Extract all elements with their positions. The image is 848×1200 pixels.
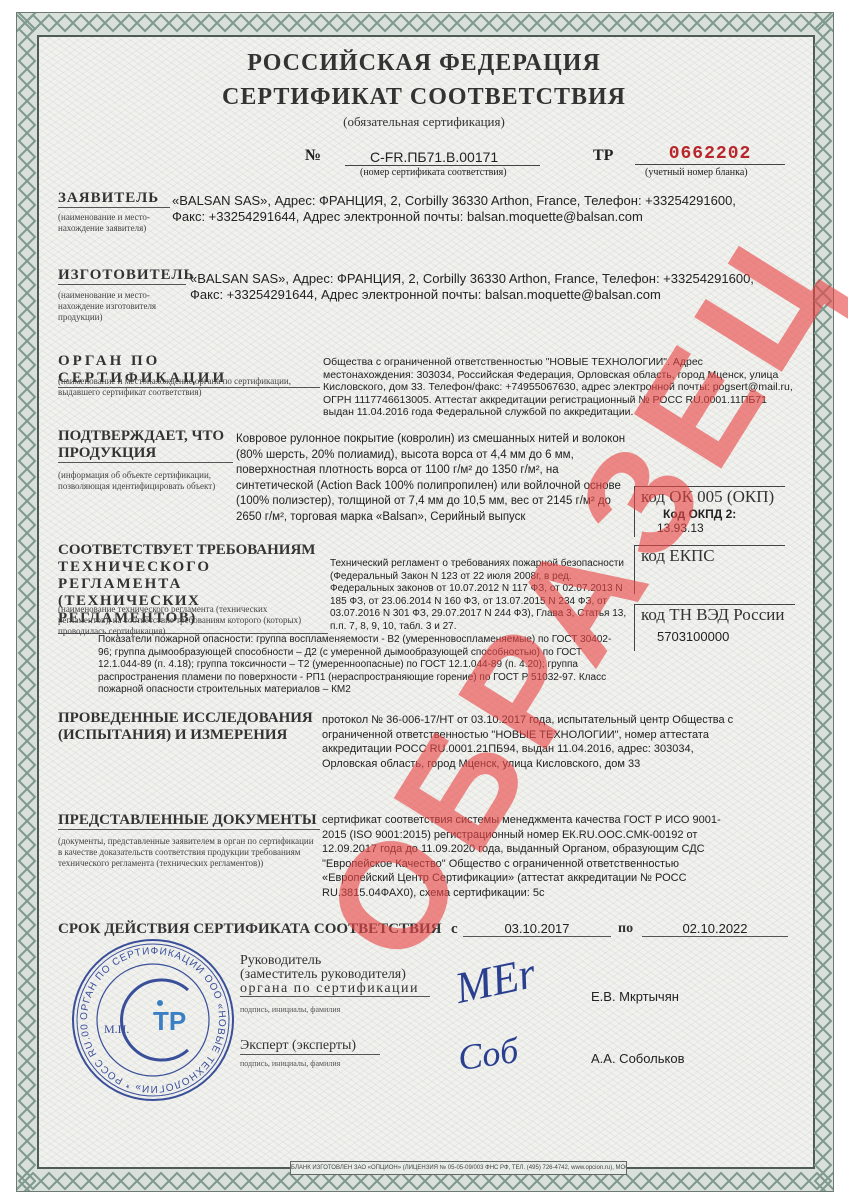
product-line: синтетической (Action Back 100% полипроп…	[236, 479, 636, 495]
regulations-details: Технический регламент о требованиях пожа…	[330, 558, 635, 633]
tests-line: ограниченной ответственностью "НОВЫЕ ТЕХ…	[322, 728, 792, 743]
fire-line: Показатели пожарной опасности: группа во…	[58, 634, 638, 647]
tests-line: протокол № 36-006-17/НТ от 03.10.2017 го…	[322, 713, 792, 728]
certification-body-line: местонахождения: 303034, Российская Феде…	[323, 369, 793, 382]
product-heading-line: ПОДТВЕРЖДАЕТ, ЧТО	[58, 428, 233, 445]
country-title: РОССИЙСКАЯ ФЕДЕРАЦИЯ	[0, 50, 848, 77]
validity-to-label: по	[618, 921, 633, 937]
svg-text:TP: TP	[153, 1006, 186, 1036]
document-title: СЕРТИФИКАТ СООТВЕТСТВИЯ	[0, 84, 848, 111]
certificate-number: C-FR.ПБ71.В.00171	[345, 149, 540, 166]
validity-from-date: 03.10.2017	[463, 921, 611, 937]
regulations-heading-line: СООТВЕТСТВУЕТ ТРЕБОВАНИЯМ	[58, 542, 328, 559]
okp-code-title: код ОК 005 (ОКП)	[635, 487, 785, 507]
head-title: Руководитель (заместитель руководителя) …	[240, 954, 430, 997]
documents-note: (документы, представленные заявителем в …	[58, 836, 316, 869]
tests-heading-line: (ИСПЫТАНИЯ) И ИЗМЕРЕНИЯ	[58, 727, 318, 744]
documents-line: 2015 (ISO 9001:2015) регистрационный ном…	[322, 828, 792, 843]
certification-body-line: выдан 11.04.2016 года Федеральной службо…	[323, 406, 793, 419]
ekps-code-title: код ЕКПС	[635, 546, 785, 566]
certification-body-line: Общества с ограниченной ответственностью…	[323, 356, 793, 369]
okpd2-value: 13.93.13	[635, 521, 785, 535]
regulations-heading-line: ТЕХНИЧЕСКОГО РЕГЛАМЕНТА	[58, 559, 328, 593]
tnved-code-title: код ТН ВЭД России	[635, 605, 795, 625]
regulation-line: п.п. 7, 8, 9, 10, табл. 3 и 27.	[330, 621, 635, 634]
documents-line: 12.09.2017 года до 11.09.2020 года, выда…	[322, 842, 792, 857]
border-pattern-right	[813, 13, 833, 1191]
printer-imprint: БЛАНК ИЗГОТОВЛЕН ЗАО «ОПЦИОН» (ЛИЦЕНЗИЯ …	[290, 1161, 627, 1175]
border-pattern-left	[17, 13, 37, 1191]
stamp-seal-icon: ОРГАН ПО СЕРТИФИКАЦИИ ООО «НОВЫЕ ТЕХНОЛО…	[68, 935, 238, 1105]
head-title-line: Руководитель	[240, 954, 430, 968]
certificate-number-caption: (номер сертификата соответствия)	[360, 167, 507, 178]
expert-label: Эксперт (эксперты)	[240, 1038, 380, 1055]
tp-label: ТР	[593, 147, 613, 165]
product-line: (80% шерсть, 20% полиамид), высота ворса…	[236, 448, 636, 464]
head-caption: подпись, инициалы, фамилия	[240, 1005, 340, 1014]
tests-line: аккредитации РОСС RU.0001.21ПБ94, выдан …	[322, 742, 792, 757]
tests-details: протокол № 36-006-17/НТ от 03.10.2017 го…	[322, 713, 792, 771]
head-title-line: (заместитель руководителя)	[240, 968, 430, 982]
manufacturer-line: Факс: +33254291644, Адрес электронной по…	[190, 287, 800, 303]
product-heading-line: ПРОДУКЦИЯ	[58, 445, 233, 463]
expert-caption: подпись, инициалы, фамилия	[240, 1059, 340, 1068]
applicant-note: (наименование и место-нахождение заявите…	[58, 212, 170, 234]
documents-line: «Европейский Центр Сертификации» (аттест…	[322, 871, 792, 886]
regulations-note: (наименование технического регламента (т…	[58, 604, 318, 637]
tests-heading-line: ПРОВЕДЕННЫЕ ИССЛЕДОВАНИЯ	[58, 710, 318, 727]
fire-line: 12.1.044-89 (п. 4.18); группа токсичност…	[58, 659, 638, 672]
tnved-code-box: код ТН ВЭД России 5703100000	[634, 604, 795, 651]
applicant-heading: ЗАЯВИТЕЛЬ	[58, 190, 170, 208]
fire-line: 96; группа дымообразующей способности – …	[58, 647, 638, 660]
product-heading: ПОДТВЕРЖДАЕТ, ЧТО ПРОДУКЦИЯ	[58, 428, 233, 463]
blank-number-caption: (учетный номер бланка)	[645, 167, 748, 178]
fire-line: распространения пламени по поверхности -…	[58, 672, 638, 685]
product-line: 2650 г/м², торговая марка «Balsan», Сери…	[236, 510, 636, 526]
product-note: (информация об объекте сертификации, поз…	[58, 470, 236, 492]
manufacturer-heading: ИЗГОТОВИТЕЛЬ	[58, 267, 186, 285]
tests-line: Орловская область, город Мценск, улица К…	[322, 757, 792, 772]
documents-line: RU.3815.04ФАХ0), схема сертификации: 5с	[322, 886, 792, 901]
head-title-line: органа по сертификации	[240, 982, 430, 997]
head-name: Е.В. Мкртычян	[591, 989, 679, 1004]
validity-to-date: 02.10.2022	[642, 921, 788, 937]
manufacturer-details: «BALSAN SAS», Адрес: ФРАНЦИЯ, 2, Corbill…	[190, 271, 800, 303]
regulation-line: 185 ФЗ, от 23.06.2014 N 160 ФЗ, от 13.07…	[330, 596, 635, 609]
regulation-line: (Федеральный Закон N 123 от 22 июля 2008…	[330, 571, 635, 584]
regulation-line: 03.07.2016 N 301 ФЗ, 29.07.2017 N 244 ФЗ…	[330, 608, 635, 621]
okpd2-label: Код ОКПД 2:	[635, 507, 785, 521]
fire-line: пожарной опасности строительных материал…	[58, 684, 638, 697]
blank-number: 0662202	[635, 144, 785, 165]
certification-body-line: Кисловского, дом 33. Телефон/факс: +7495…	[323, 381, 793, 394]
manufacturer-line: «BALSAN SAS», Адрес: ФРАНЦИЯ, 2, Corbill…	[190, 271, 800, 287]
product-description: Ковровое рулонное покрытие (ковролин) из…	[236, 432, 636, 525]
certification-body-line: ОГРН 1117746613005. Аттестат аккредитаци…	[323, 394, 793, 407]
expert-name: А.А. Собольков	[591, 1051, 685, 1066]
product-line: поверхностная плотность ворса от 1100 г/…	[236, 463, 636, 479]
applicant-details: «BALSAN SAS», Адрес: ФРАНЦИЯ, 2, Corbill…	[172, 193, 792, 225]
number-sign: №	[305, 147, 321, 165]
documents-line: "Европейское Качество" Общество с ограни…	[322, 857, 792, 872]
product-line: (100% полиэстер), толщиной от 7,4 мм до …	[236, 494, 636, 510]
ekps-code-box: код ЕКПС	[634, 545, 785, 594]
applicant-line: «BALSAN SAS», Адрес: ФРАНЦИЯ, 2, Corbill…	[172, 193, 792, 209]
expert-signature: Coб	[455, 1029, 520, 1079]
documents-details: сертификат соответствия системы менеджме…	[322, 813, 792, 900]
certification-body-stamp: ОРГАН ПО СЕРТИФИКАЦИИ ООО «НОВЫЕ ТЕХНОЛО…	[68, 935, 238, 1105]
svg-text:М.П.: М.П.	[104, 1022, 129, 1036]
okp-code-box: код ОК 005 (ОКП) Код ОКПД 2: 13.93.13	[634, 486, 785, 537]
certification-body-details: Общества с ограниченной ответственностью…	[323, 356, 793, 419]
documents-heading: ПРЕДСТАВЛЕННЫЕ ДОКУМЕНТЫ	[58, 812, 320, 830]
regulation-line: Технический регламент о требованиях пожа…	[330, 558, 635, 571]
tests-heading: ПРОВЕДЕННЫЕ ИССЛЕДОВАНИЯ (ИСПЫТАНИЯ) И И…	[58, 710, 318, 744]
border-pattern-top	[17, 13, 833, 33]
applicant-line: Факс: +33254291644, Адрес электронной по…	[172, 209, 792, 225]
validity-from-label: с	[451, 921, 458, 938]
regulation-line: Федеральных законов от 10.07.2012 N 117 …	[330, 583, 635, 596]
manufacturer-note: (наименование и место-нахождение изготов…	[58, 290, 176, 323]
tnved-value: 5703100000	[635, 629, 795, 644]
document-subtitle: (обязательная сертификация)	[0, 114, 848, 130]
certification-body-note: (наименование и местонахождение органа п…	[58, 376, 320, 398]
fire-safety-indicators: Показатели пожарной опасности: группа во…	[58, 634, 638, 697]
documents-line: сертификат соответствия системы менеджме…	[322, 813, 792, 828]
product-line: Ковровое рулонное покрытие (ковролин) из…	[236, 432, 636, 448]
